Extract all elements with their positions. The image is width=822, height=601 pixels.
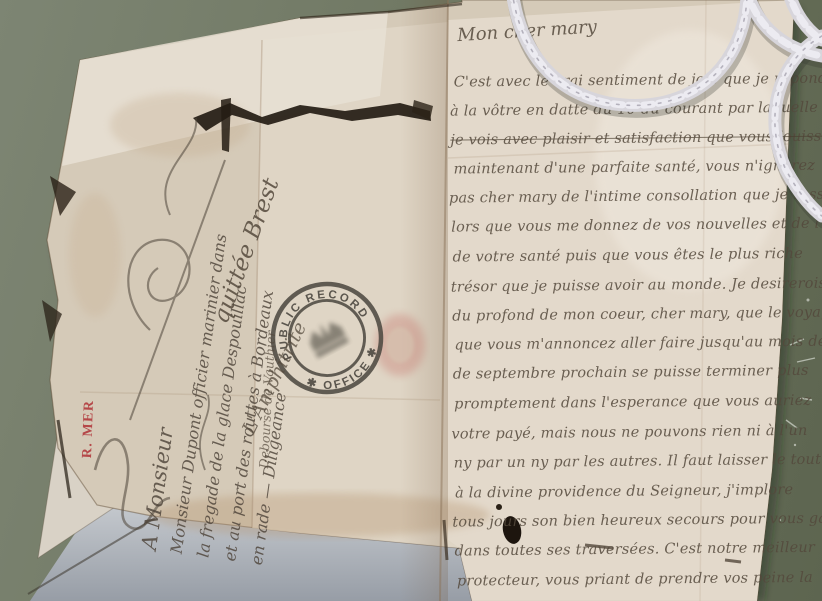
paper-speck [496, 504, 502, 510]
highlight-right-page [595, 30, 785, 290]
photograph-of-historic-letter: PUBLIC RECORD ✱ OFFICE ✱ [0, 0, 822, 601]
scene-base-svg: PUBLIC RECORD ✱ OFFICE ✱ [0, 0, 822, 601]
red-wax-stamp-core [386, 327, 414, 363]
stain-left-edge [69, 193, 121, 317]
table-scratches [786, 339, 815, 428]
